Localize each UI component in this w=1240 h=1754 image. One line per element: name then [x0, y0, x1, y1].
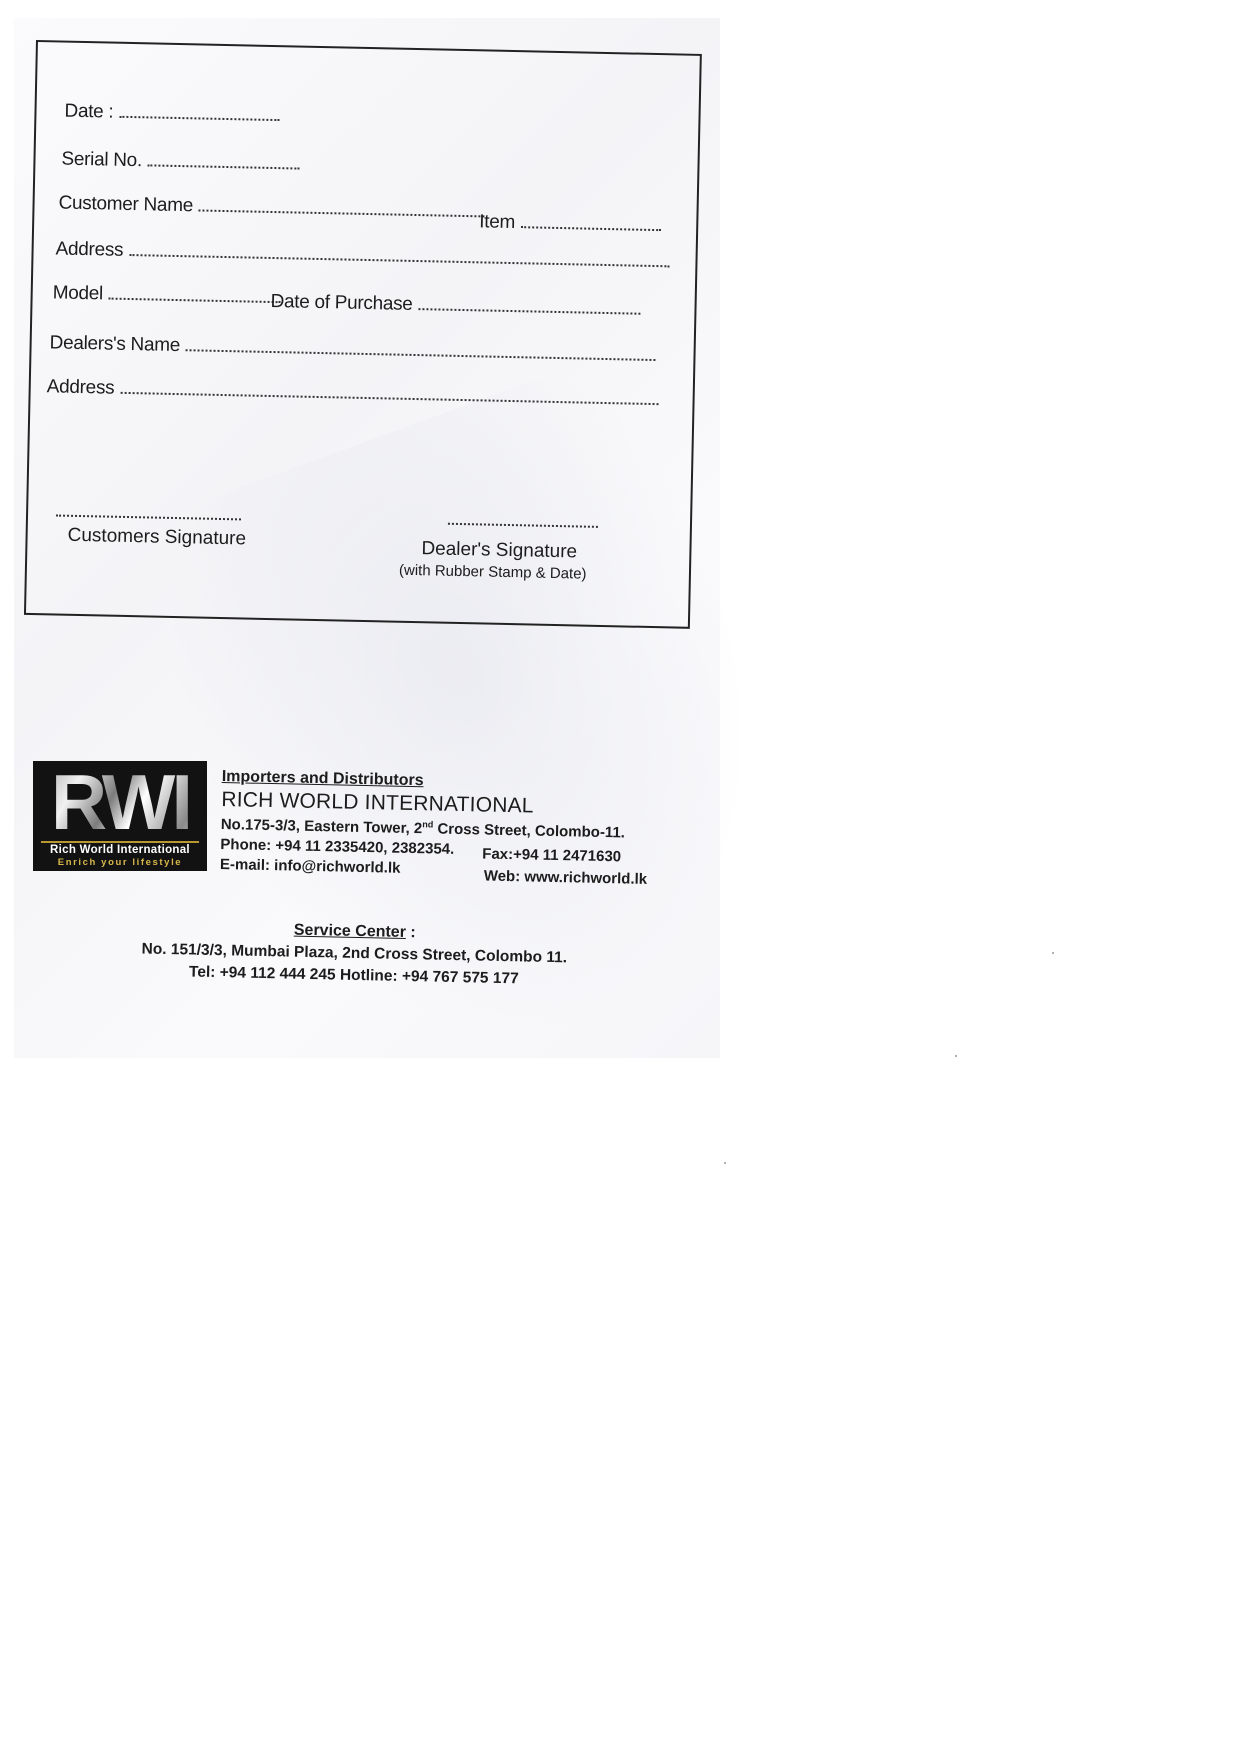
dealer-signature-line[interactable] — [448, 521, 598, 528]
customer-name-label: Customer Name — [58, 193, 193, 217]
model-label: Model — [52, 282, 103, 304]
item-line[interactable] — [521, 216, 661, 231]
logo-company-name: Rich World International — [33, 844, 207, 856]
date-line[interactable] — [119, 106, 279, 121]
date-of-purchase-label: Date of Purchase — [270, 291, 412, 315]
address-label: Address — [55, 238, 123, 260]
dealer-signature-note: (with Rubber Stamp & Date) — [399, 562, 587, 583]
model-line[interactable] — [109, 288, 281, 304]
customer-name-line[interactable] — [199, 199, 485, 217]
dealer-address-line[interactable] — [120, 382, 658, 405]
scan-speck — [724, 1162, 726, 1164]
company-phone: Phone: +94 11 2335420, 2382354. — [220, 836, 454, 858]
logo-tagline: Enrich your lifestyle — [33, 857, 207, 868]
scan-speck — [955, 1055, 957, 1057]
customer-signature-line[interactable] — [56, 513, 241, 521]
address-line[interactable] — [129, 244, 669, 267]
serial-no-line[interactable] — [148, 154, 300, 169]
dealers-name-field[interactable]: Dealers's Name — [49, 332, 656, 367]
model-field[interactable]: Model — [52, 282, 281, 309]
serial-no-field[interactable]: Serial No. — [61, 149, 300, 176]
warranty-card-form: Date : Serial No. Customer Name Item Add… — [24, 40, 702, 629]
customer-signature-label: Customers Signature — [67, 525, 246, 551]
date-of-purchase-field[interactable]: Date of Purchase — [270, 291, 640, 321]
date-field[interactable]: Date : — [64, 101, 279, 127]
date-of-purchase-line[interactable] — [418, 298, 640, 315]
rwi-logo: RWI Rich World International Enrich your… — [33, 761, 207, 871]
service-center: Service Center : No. 151/3/3, Mumbai Pla… — [119, 918, 590, 990]
item-label: Item — [479, 211, 515, 233]
company-website[interactable]: Web: www.richworld.lk — [484, 868, 648, 888]
address-superscript: nd — [422, 819, 433, 829]
dealers-name-line[interactable] — [186, 339, 656, 361]
scan-speck — [1052, 952, 1054, 954]
service-center-colon: : — [406, 924, 416, 941]
dealer-address-field[interactable]: Address — [46, 376, 658, 411]
customer-name-field[interactable]: Customer Name — [58, 193, 485, 224]
address-field[interactable]: Address — [55, 238, 669, 273]
dealer-address-label: Address — [47, 376, 115, 398]
serial-no-label: Serial No. — [61, 149, 142, 172]
address-part: Cross Street, Colombo-11. — [433, 820, 625, 841]
dealer-signature-label: Dealer's Signature — [421, 538, 577, 563]
address-part: No.175-3/3, Eastern Tower, 2 — [221, 816, 423, 837]
item-field[interactable]: Item — [479, 211, 661, 237]
company-info: Importers and Distributors RICH WORLD IN… — [220, 768, 626, 881]
logo-mark: RWI — [33, 765, 207, 839]
date-label: Date : — [64, 101, 113, 123]
service-center-heading: Service Center — [294, 922, 406, 941]
dealers-name-label: Dealers's Name — [49, 332, 180, 356]
